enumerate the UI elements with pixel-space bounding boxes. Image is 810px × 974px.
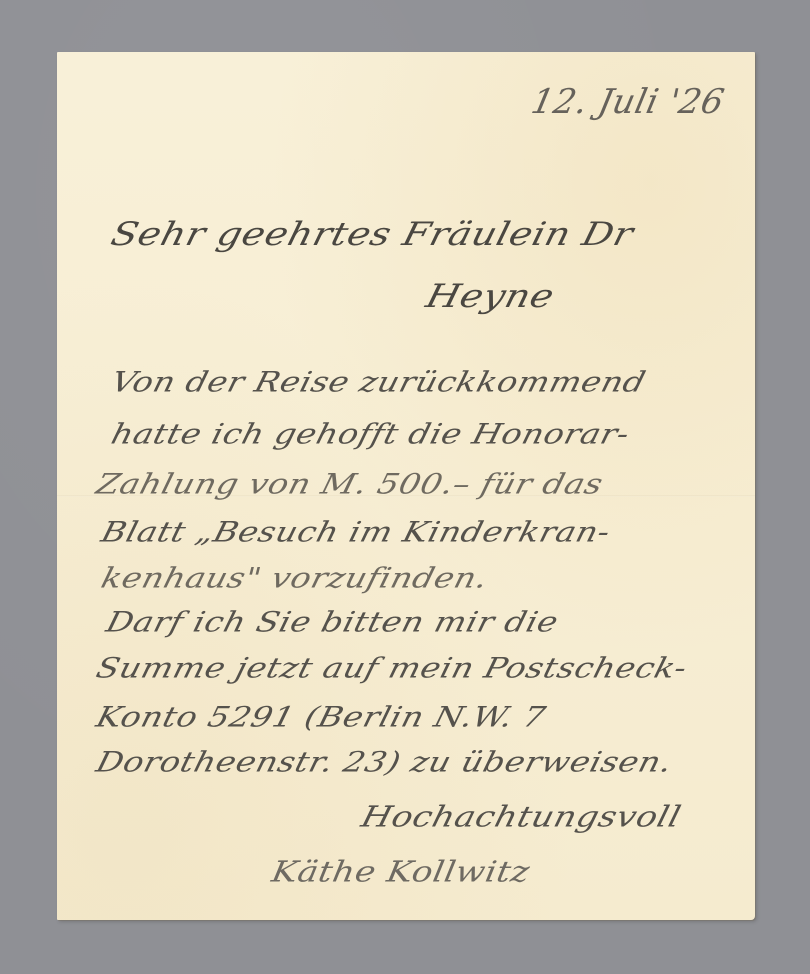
letter-date: 12. Juli '26 [528, 82, 728, 122]
body-line-5: kenhaus" vorzufinden. [98, 561, 492, 594]
closing-phrase: Hochachtungsvoll [358, 800, 685, 834]
body-line-3: Zahlung von M. 500.– für das [93, 467, 607, 500]
letter-sheet: 12. Juli '26 Sehr geehrtes Fräulein Dr H… [57, 52, 755, 920]
body-line-9: Dorotheenstr. 23) zu überweisen. [93, 745, 676, 778]
body-line-8: Konto 5291 (Berlin N.W. 7 [93, 700, 549, 733]
body-line-7: Summe jetzt auf mein Postscheck- [93, 651, 691, 684]
body-line-4: Blatt „Besuch im Kinderkran- [98, 515, 614, 548]
salutation: Sehr geehrtes Fräulein Dr [107, 215, 637, 252]
body-line-2: hatte ich gehofft die Honorar- [108, 417, 633, 450]
recipient-name: Heyne [422, 277, 558, 314]
signature: Käthe Kollwitz [269, 855, 532, 889]
body-line-6: Darf ich Sie bitten mir die [103, 605, 562, 638]
body-line-1: Von der Reise zurückkommend [108, 365, 649, 398]
